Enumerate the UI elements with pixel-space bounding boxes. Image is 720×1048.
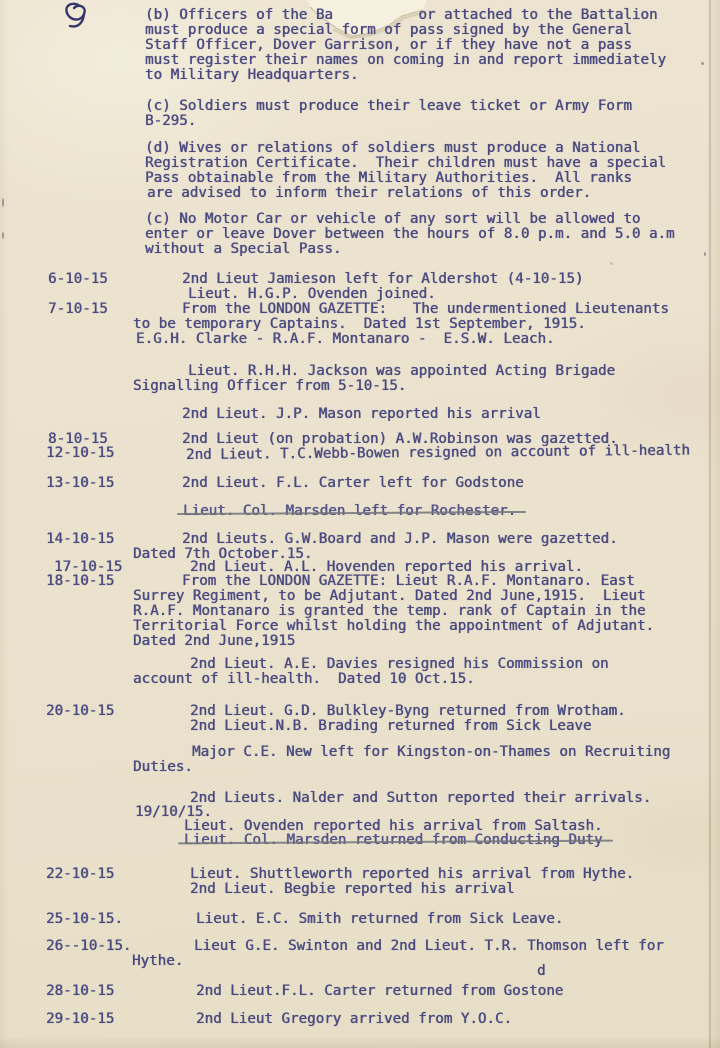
typed-line: 2nd Lieut Gregory arrived from Y.O.C. xyxy=(196,1012,512,1027)
typed-line: Registration Certificate. Their children… xyxy=(145,156,666,171)
typed-line: 2nd Lieut. F.L. Carter left for Godstone xyxy=(182,476,524,491)
typed-line: Signalling Officer from 5-10-15. xyxy=(133,379,406,394)
typed-line: (c) No Motor Car or vehicle of any sort … xyxy=(145,212,640,227)
typed-line: Lieut G.E. Swinton and 2nd Lieut. T.R. T… xyxy=(194,939,664,954)
date-label: 14-10-15 xyxy=(46,532,114,547)
handwritten-pen-mark xyxy=(0,0,120,44)
typed-line: (b) Officers of the Ba or attached to th… xyxy=(145,8,658,23)
document-page: d (b) Officers of the Ba or attached to … xyxy=(0,0,720,1048)
typed-line: Dated 2nd June,1915 xyxy=(133,634,295,649)
typed-line: Territorial Force whilst holding the app… xyxy=(133,619,654,634)
typed-line: From the LONDON GAZETTE: The undermentio… xyxy=(182,302,669,317)
typed-line: Surrey Regiment, to be Adjutant. Dated 2… xyxy=(133,589,646,604)
typed-line: 2nd Lieuts. G.W.Board and J.P. Mason wer… xyxy=(182,532,618,547)
typed-line: (c) Soldiers must produce their leave ti… xyxy=(145,99,632,114)
typed-line: to Military Headquarters. xyxy=(145,68,359,83)
typed-line: 2nd Lieuts. Nalder and Sutton reported t… xyxy=(190,791,651,806)
typed-line: 2nd Lieut. A.E. Davies resigned his Comm… xyxy=(190,657,609,672)
typed-line: are advised to inform their relations of… xyxy=(147,186,591,201)
date-label: 29-10-15 xyxy=(46,1012,114,1027)
typed-line: Hythe. xyxy=(132,954,183,969)
typed-line: Duties. xyxy=(133,760,193,775)
typed-line: account of ill-health. Dated 10 Oct.15. xyxy=(133,672,475,687)
typed-line: 2nd Lieut Jamieson left for Aldershot (4… xyxy=(182,272,583,287)
date-label: 28-10-15 xyxy=(46,984,114,999)
typed-line: Lieut. H.G.P. Ovenden joined. xyxy=(188,287,436,302)
typed-line: (d) Wives or relations of soldiers must … xyxy=(145,141,640,156)
typed-line: Major C.E. New left for Kingston-on-Tham… xyxy=(192,745,670,760)
typed-line: must produce a special form of pass sign… xyxy=(145,23,632,38)
typed-line: 2nd Lieut. T.C.Webb-Bowen resigned on ac… xyxy=(186,444,690,463)
typed-line: must register their names on coming in a… xyxy=(145,53,666,68)
ink-speck xyxy=(701,62,704,65)
date-label: 18-10-15 xyxy=(46,574,114,589)
ink-speck xyxy=(610,262,613,265)
struck-line: Lieut. Col. Marsden left for Rochester. xyxy=(183,504,516,519)
typed-correction-letter: d xyxy=(537,964,546,979)
typed-line: 2nd Lieut. Begbie reported his arrival xyxy=(190,882,515,897)
typed-line: Lieut. R.H.H. Jackson was appointed Acti… xyxy=(188,364,615,379)
date-label: 13-10-15 xyxy=(46,476,114,491)
typed-line: 2nd Lieut.F.L. Carter returned from Gost… xyxy=(196,984,563,999)
typed-line: 2nd Lieut. J.P. Mason reported his arriv… xyxy=(182,407,541,422)
date-label: 25-10-15. xyxy=(46,912,123,927)
typed-line: to be temporary Captains. Dated 1st Sept… xyxy=(133,317,586,332)
typed-line: Lieut. Shuttleworth reported his arrival… xyxy=(190,867,634,882)
ink-speck xyxy=(2,198,4,207)
typed-line: B-295. xyxy=(145,114,196,129)
ink-speck xyxy=(704,252,706,256)
typed-line: Staff Officer, Dover Garrison, or if the… xyxy=(145,38,632,53)
scan-edge-line xyxy=(709,0,711,1048)
date-label: 26--10-15. xyxy=(46,939,131,954)
date-label: 22-10-15 xyxy=(46,867,114,882)
typed-line: R.A.F. Montanaro is granted the temp. ra… xyxy=(133,604,646,619)
date-label: 7-10-15 xyxy=(48,302,108,317)
typed-line: without a Special Pass. xyxy=(145,242,341,257)
typed-line: 2nd Lieut.N.B. Brading returned from Sic… xyxy=(190,719,591,734)
date-label: 12-10-15 xyxy=(46,446,114,461)
ink-speck xyxy=(2,232,4,239)
typed-line: From the LONDON GAZETTE: Lieut R.A.F. Mo… xyxy=(182,574,635,589)
typed-line: E.G.H. Clarke - R.A.F. Montanaro - E.S.W… xyxy=(136,332,555,347)
typed-line: 2nd Lieut. G.D. Bulkley-Byng returned fr… xyxy=(190,704,626,719)
struck-line: Lieut. Col. Marsden returned from Conduc… xyxy=(184,833,603,848)
typed-line: enter or leave Dover between the hours o… xyxy=(145,227,675,242)
typed-line: Lieut. E.C. Smith returned from Sick Lea… xyxy=(196,912,563,927)
date-label: 20-10-15 xyxy=(46,704,114,719)
date-label: 6-10-15 xyxy=(48,272,108,287)
typed-line: Pass obtainable from the Military Author… xyxy=(145,171,632,186)
